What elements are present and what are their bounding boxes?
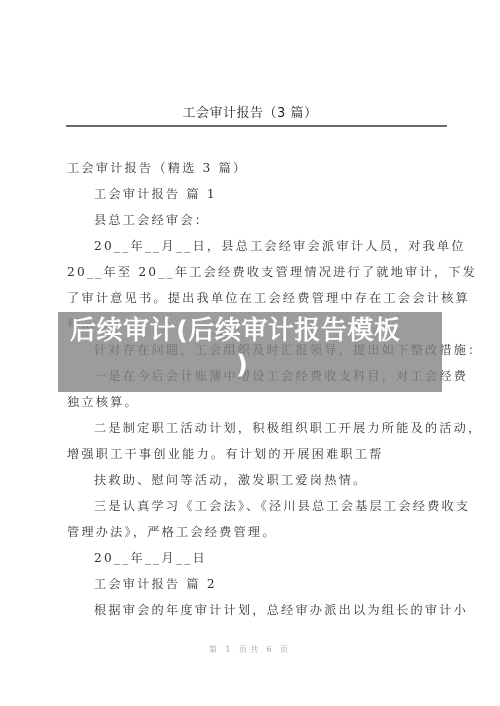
overlay-title-line1: 后续审计(后续审计报告模板 (70, 316, 450, 346)
body-line: 了审计意见书。提出我单位在工会经费管理中存在工会会计核算 (67, 290, 447, 306)
overlay-title-line2: ) (236, 350, 248, 380)
body-line: 工会审计报告（精选 3 篇） (67, 160, 447, 176)
page-footer: 第 1 页共 6 页 (0, 644, 500, 655)
body-line: 20__年__月__日 (94, 550, 447, 566)
body-line: 独立核算。 (67, 394, 447, 410)
body-line: 根据审会的年度审计计划，总经审办派出以为组长的审计小 (94, 602, 447, 618)
body-line: 三是认真学习《工会法》、《泾川县总工会基层工会经费收支 (94, 498, 447, 514)
body-line: 20__年__月__日，县总工会经审会派审计人员，对我单位 (94, 238, 447, 254)
body-line: 增强职工干事创业能力。有计划的开展困难职工帮 (67, 446, 447, 462)
body-line: 县总工会经审会： (94, 212, 447, 228)
body-line: 工会审计报告 篇 2 (94, 576, 447, 592)
body-line: 二是制定职工活动计划，积极组织职工开展力所能及的活动， (94, 420, 447, 436)
body-line: 扶救助、慰问等活动，激发职工爱岗热情。 (94, 472, 447, 488)
body-line: 工会审计报告 篇 1 (94, 186, 447, 202)
document-page: 工会审计报告（3 篇） 工会审计报告（精选 3 篇） 工会审计报告 篇 1 县总… (0, 0, 500, 706)
document-title: 工会审计报告（3 篇） (0, 102, 500, 121)
header-divider (66, 125, 447, 127)
body-line: 20__年至 20__年工会经费收支管理情况进行了就地审计，下发 (67, 264, 447, 280)
body-line: 管理办法》，严格工会经费管理。 (67, 524, 447, 540)
